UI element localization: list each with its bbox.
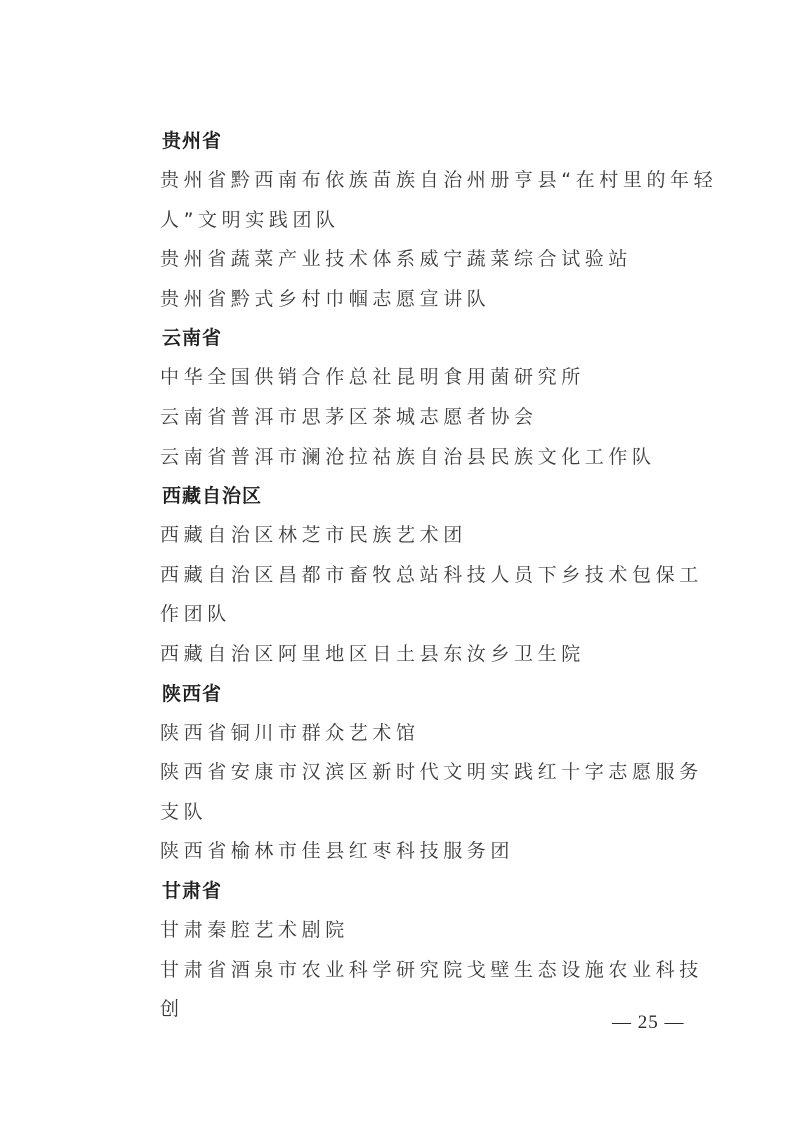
list-item: 云南省普洱市澜沧拉祜族自治县民族文化工作队 <box>160 438 720 478</box>
section-tibet: 西藏自治区 西藏自治区林芝市民族艺术团 西藏自治区昌都市畜牧总站科技人员下乡技术… <box>160 477 720 674</box>
list-item: 西藏自治区林芝市民族艺术团 <box>160 516 720 556</box>
list-item: 陕西省铜川市群众艺术馆 <box>160 714 720 754</box>
section-heading: 西藏自治区 <box>162 477 720 516</box>
list-item: 西藏自治区昌都市畜牧总站科技人员下乡技术包保工作团队 <box>160 556 720 635</box>
section-gansu: 甘肃省 甘肃秦腔艺术剧院 甘肃省酒泉市农业科学研究院戈壁生态设施农业科技创 <box>160 872 720 1030</box>
section-guizhou: 贵州省 贵州省黔西南布依族苗族自治州册亨县“在村里的年轻人”文明实践团队 贵州省… <box>160 122 720 319</box>
list-item: 贵州省黔式乡村巾帼志愿宣讲队 <box>160 280 720 320</box>
list-item: 陕西省榆林市佳县红枣科技服务团 <box>160 832 720 872</box>
document-page: 贵州省 贵州省黔西南布依族苗族自治州册亨县“在村里的年轻人”文明实践团队 贵州省… <box>0 0 800 1130</box>
list-item: 贵州省黔西南布依族苗族自治州册亨县“在村里的年轻人”文明实践团队 <box>160 161 720 240</box>
page-number: — 25 — <box>612 1012 685 1034</box>
document-body: 贵州省 贵州省黔西南布依族苗族自治州册亨县“在村里的年轻人”文明实践团队 贵州省… <box>160 122 720 1030</box>
section-heading: 甘肃省 <box>162 872 720 911</box>
section-shaanxi: 陕西省 陕西省铜川市群众艺术馆 陕西省安康市汉滨区新时代文明实践红十字志愿服务支… <box>160 675 720 872</box>
list-item: 中华全国供销合作总社昆明食用菌研究所 <box>160 358 720 398</box>
list-item: 云南省普洱市思茅区茶城志愿者协会 <box>160 398 720 438</box>
list-item: 陕西省安康市汉滨区新时代文明实践红十字志愿服务支队 <box>160 753 720 832</box>
section-heading: 云南省 <box>162 319 720 358</box>
list-item: 贵州省蔬菜产业技术体系威宁蔬菜综合试验站 <box>160 240 720 280</box>
list-item: 甘肃秦腔艺术剧院 <box>160 911 720 951</box>
section-heading: 贵州省 <box>162 122 720 161</box>
section-yunnan: 云南省 中华全国供销合作总社昆明食用菌研究所 云南省普洱市思茅区茶城志愿者协会 … <box>160 319 720 477</box>
section-heading: 陕西省 <box>162 675 720 714</box>
list-item: 西藏自治区阿里地区日土县东汝乡卫生院 <box>160 635 720 675</box>
